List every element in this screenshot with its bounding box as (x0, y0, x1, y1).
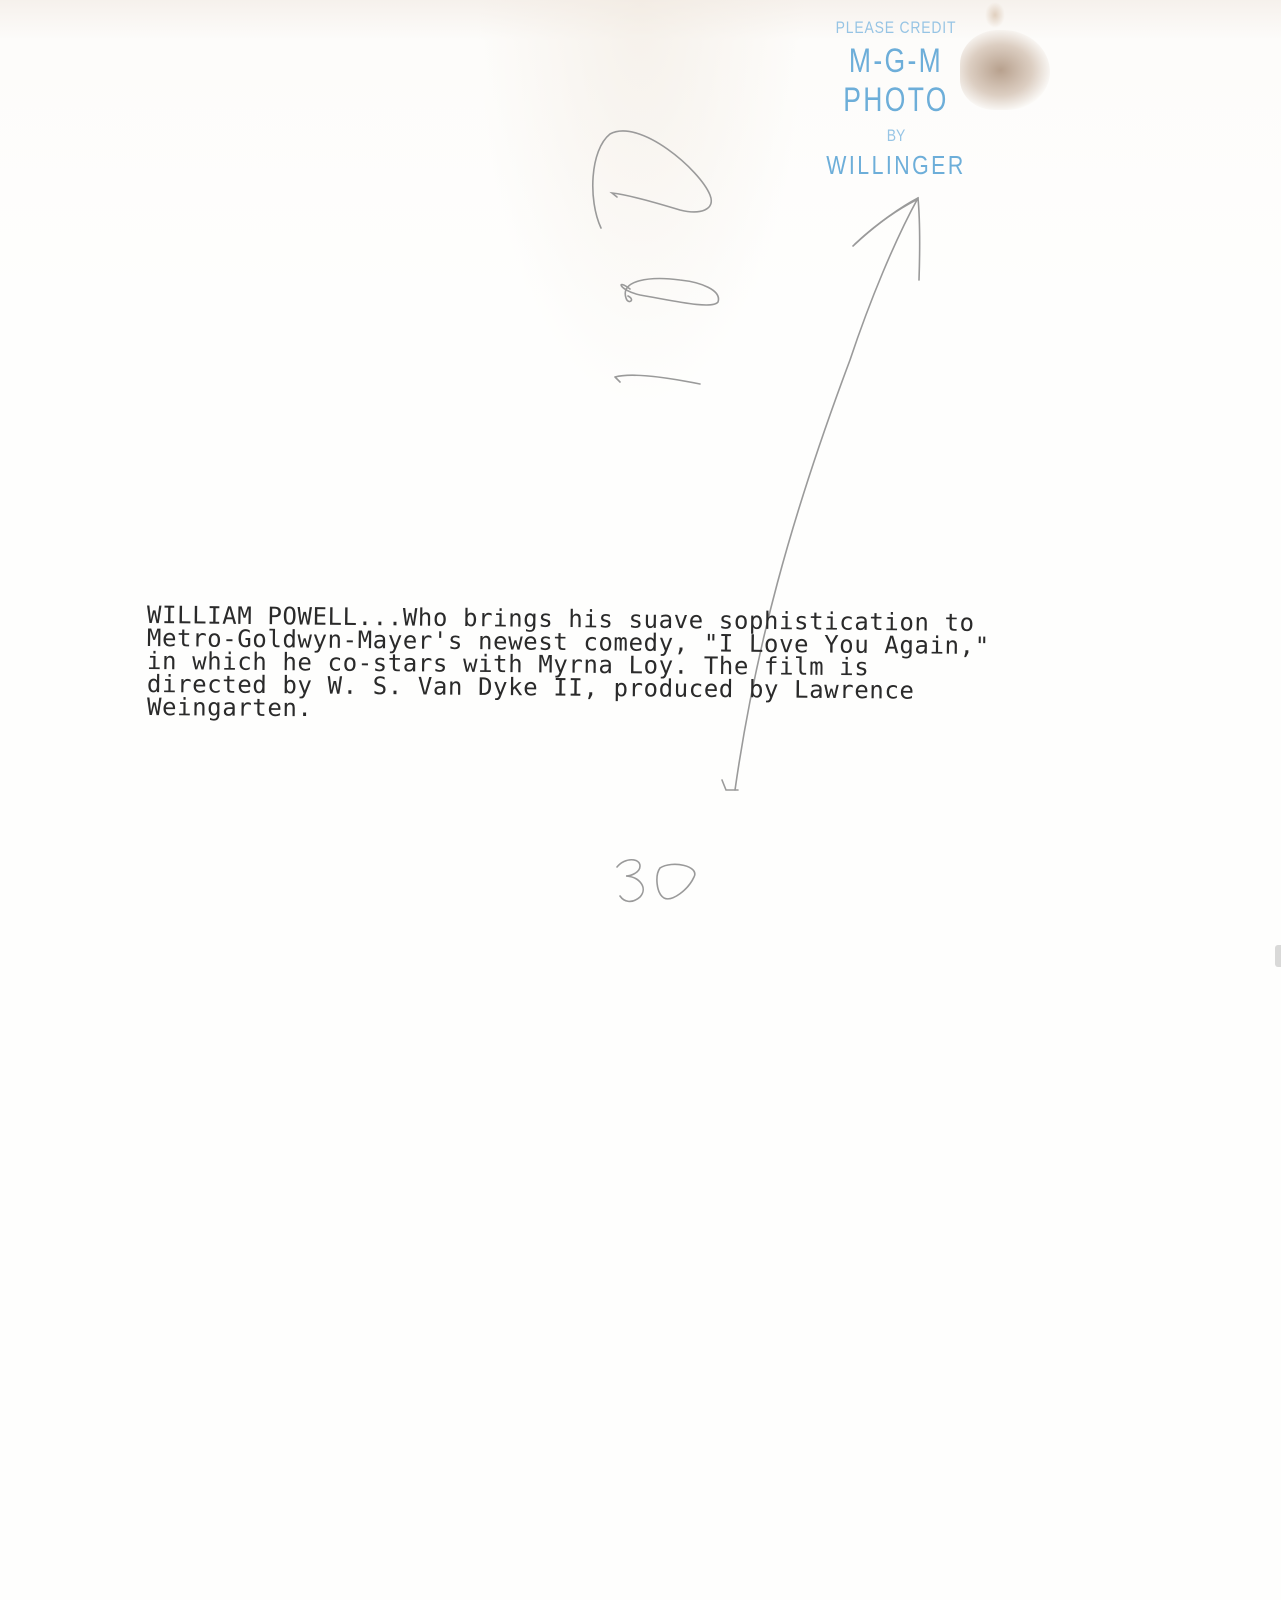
edge-mark (1275, 945, 1281, 967)
stain-large (960, 30, 1050, 110)
stamp-by: BY (798, 126, 995, 146)
typed-caption: WILLIAM POWELL...Who brings his suave so… (147, 604, 1067, 719)
stamp-photographer: WILLINGER (798, 150, 995, 181)
photo-back-paper (0, 0, 1281, 1600)
stamp-please-credit: PLEASE CREDIT (798, 18, 995, 38)
